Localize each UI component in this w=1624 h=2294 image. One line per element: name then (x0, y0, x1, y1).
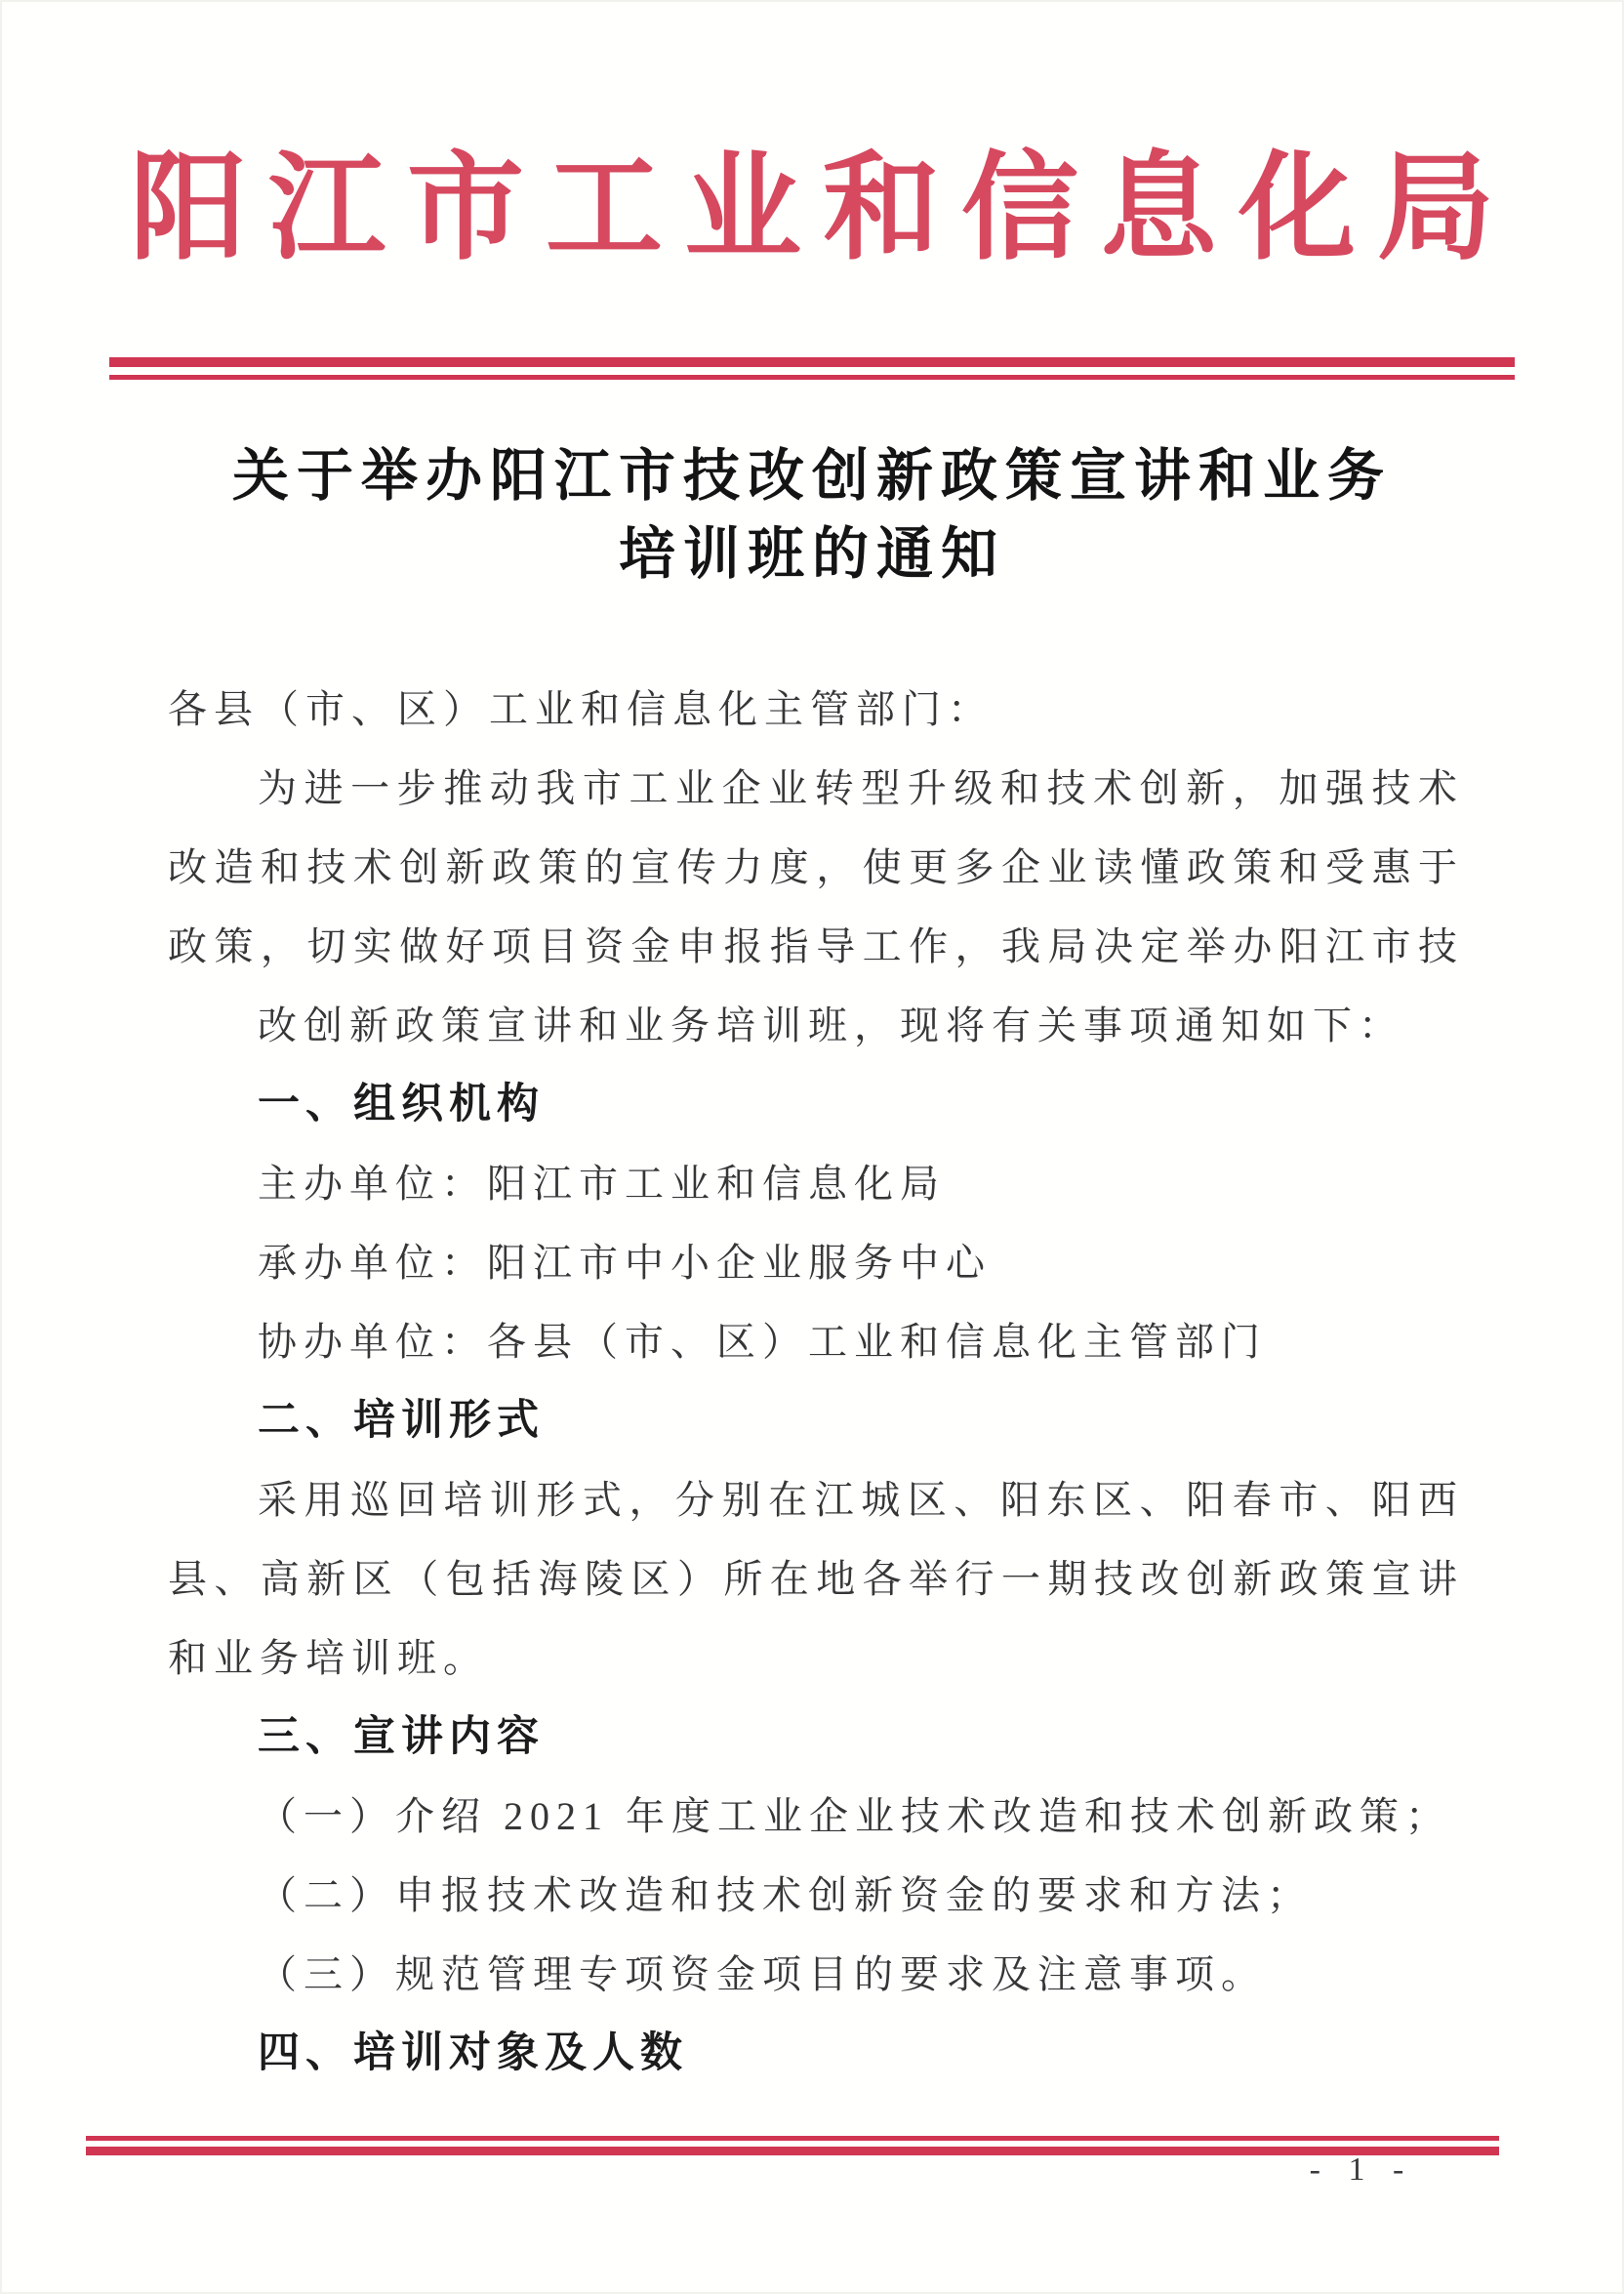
section-4-heading: 四、培训对象及人数 (168, 2014, 1464, 2093)
intro-line-4: 改创新政策宣讲和业务培训班，现将有关事项通知如下： (168, 986, 1464, 1065)
document-page: 阳江市工业和信息化局 关于举办阳江市技改创新政策宣讲和业务 培训班的通知 各县（… (0, 0, 1624, 2294)
document-title: 关于举办阳江市技改创新政策宣讲和业务 培训班的通知 (0, 437, 1624, 594)
header-rule-thin (109, 375, 1515, 380)
title-line-2: 培训班的通知 (0, 515, 1624, 594)
section-2-line-1: 采用巡回培训形式，分别在江城区、阳东区、阳春市、阳西 (168, 1460, 1464, 1539)
page-number: - 1 - (1259, 2151, 1464, 2189)
section-1-item-organizer: 承办单位：阳江市中小企业服务中心 (168, 1223, 1464, 1302)
section-2-heading: 二、培训形式 (168, 1381, 1464, 1460)
title-line-1: 关于举办阳江市技改创新政策宣讲和业务 (0, 437, 1624, 515)
header-rule-gap (109, 367, 1515, 375)
section-1-heading: 一、组织机构 (168, 1065, 1464, 1144)
salutation: 各县（市、区）工业和信息化主管部门： (168, 670, 1464, 749)
header-double-rule (109, 357, 1515, 380)
section-3-item-2: （二）申报技术改造和技术创新资金的要求和方法； (168, 1856, 1464, 1935)
intro-line-3: 政策，切实做好项目资金申报指导工作，我局决定举办阳江市技 (168, 907, 1464, 986)
section-2-line-2: 县、高新区（包括海陵区）所在地各举行一期技改创新政策宣讲 (168, 1539, 1464, 1618)
section-1-item-host: 主办单位：阳江市工业和信息化局 (168, 1144, 1464, 1223)
intro-line-1: 为进一步推动我市工业企业转型升级和技术创新，加强技术 (168, 749, 1464, 828)
intro-line-2: 改造和技术创新政策的宣传力度，使更多企业读懂政策和受惠于 (168, 828, 1464, 907)
section-2-line-3: 和业务培训班。 (168, 1618, 1464, 1698)
section-3-heading: 三、宣讲内容 (168, 1698, 1464, 1777)
section-3-item-1: （一）介绍 2021 年度工业企业技术改造和技术创新政策； (168, 1777, 1464, 1856)
section-1-item-coorganizer: 协办单位：各县（市、区）工业和信息化主管部门 (168, 1302, 1464, 1381)
section-3-item-3: （三）规范管理专项资金项目的要求及注意事项。 (168, 1935, 1464, 2014)
agency-name: 阳江市工业和信息化局 (0, 125, 1624, 293)
header-rule-thick (109, 357, 1515, 367)
document-body: 各县（市、区）工业和信息化主管部门： 为进一步推动我市工业企业转型升级和技术创新… (168, 670, 1464, 2093)
